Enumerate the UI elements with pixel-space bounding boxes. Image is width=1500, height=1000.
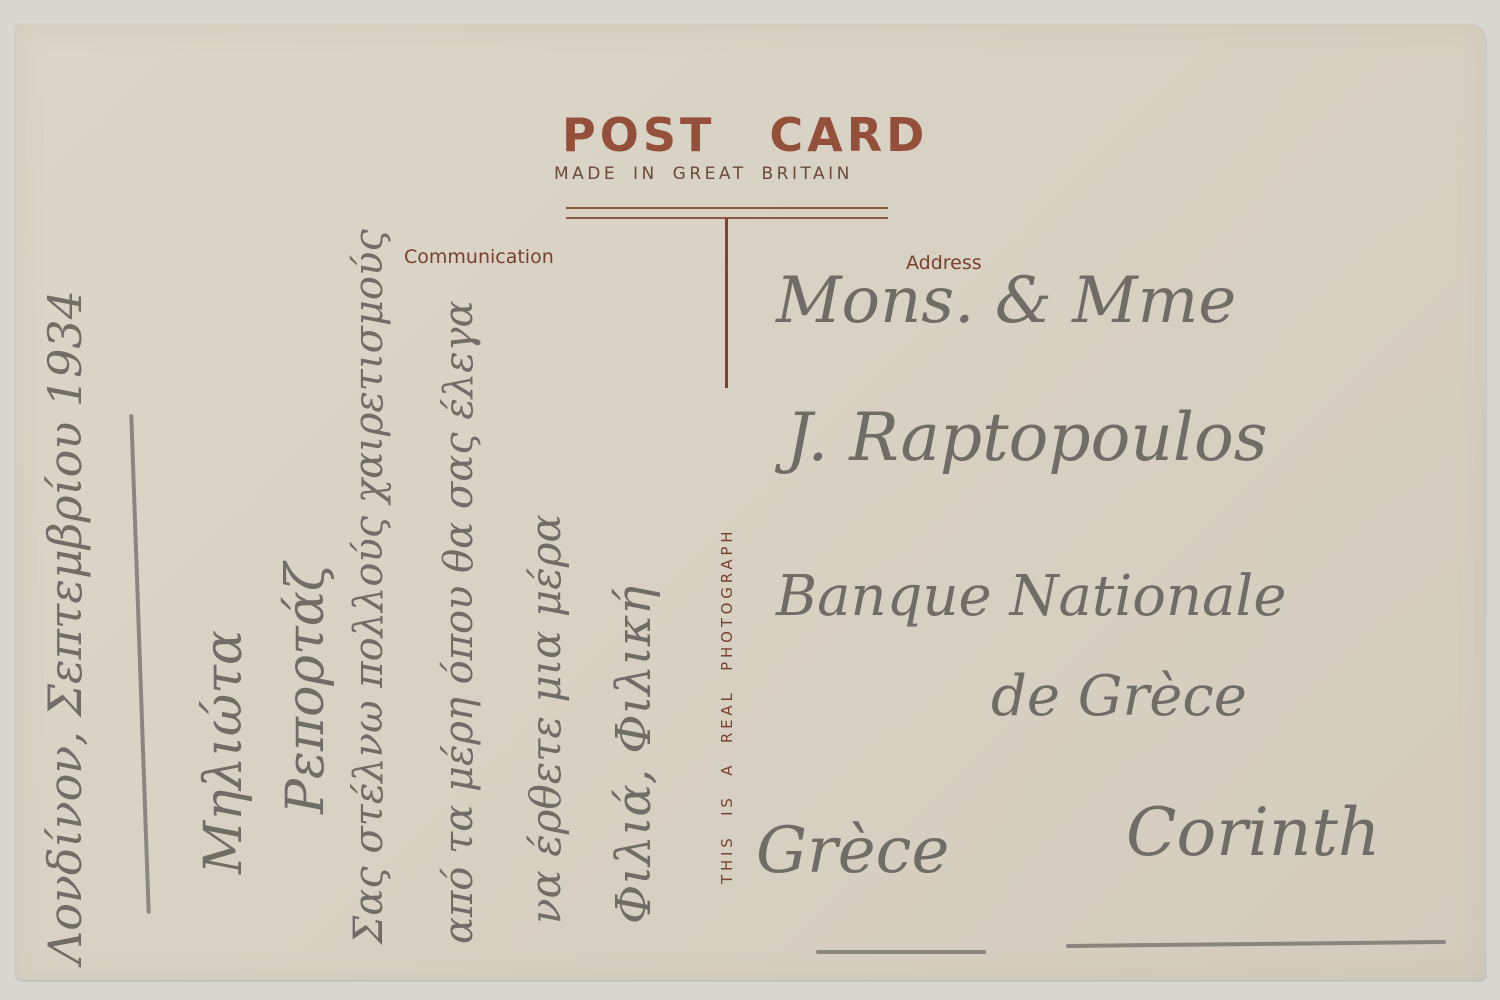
postcard-title: POST CARD — [562, 108, 928, 162]
message-line-3: Ρεπορτάζ — [276, 563, 336, 814]
message-flourish — [129, 414, 150, 914]
made-in-label: MADE IN GREAT BRITAIN — [554, 164, 853, 184]
real-photograph-notice: THIS IS A REAL PHOTOGRAPH — [718, 528, 736, 884]
message-line-6: να έρθετε μια μέρα — [521, 514, 570, 924]
address-line-2: J. Raptopoulos — [786, 399, 1268, 476]
postcard-back: POST CARD MADE IN GREAT BRITAIN Communic… — [16, 24, 1486, 980]
communication-label: Communication — [404, 246, 554, 268]
underline-right — [1066, 940, 1446, 948]
address-line-1: Mons. & Mme — [776, 264, 1236, 338]
vertical-divider — [725, 218, 728, 388]
message-line-5: από τα μέρη όπου θα σας έλεγα — [436, 300, 482, 944]
address-line-4: de Grèce — [991, 664, 1247, 729]
address-line-5-left: Grèce — [756, 814, 949, 888]
message-line-7: Φιλιά, Φιλική — [606, 586, 662, 924]
address-line-3: Banque Nationale — [776, 564, 1286, 629]
double-rule-top — [566, 207, 888, 209]
message-line-2: Μηλιώτα — [194, 630, 254, 874]
message-line-4: Σας στέλνω πολλούς χαιρετισμούς — [346, 229, 392, 944]
address-line-5-right: Corinth — [1126, 794, 1380, 871]
message-line-1: Λονδίνον, Σεπτεμβρίου 1934 — [38, 290, 92, 964]
underline-left — [816, 950, 986, 954]
